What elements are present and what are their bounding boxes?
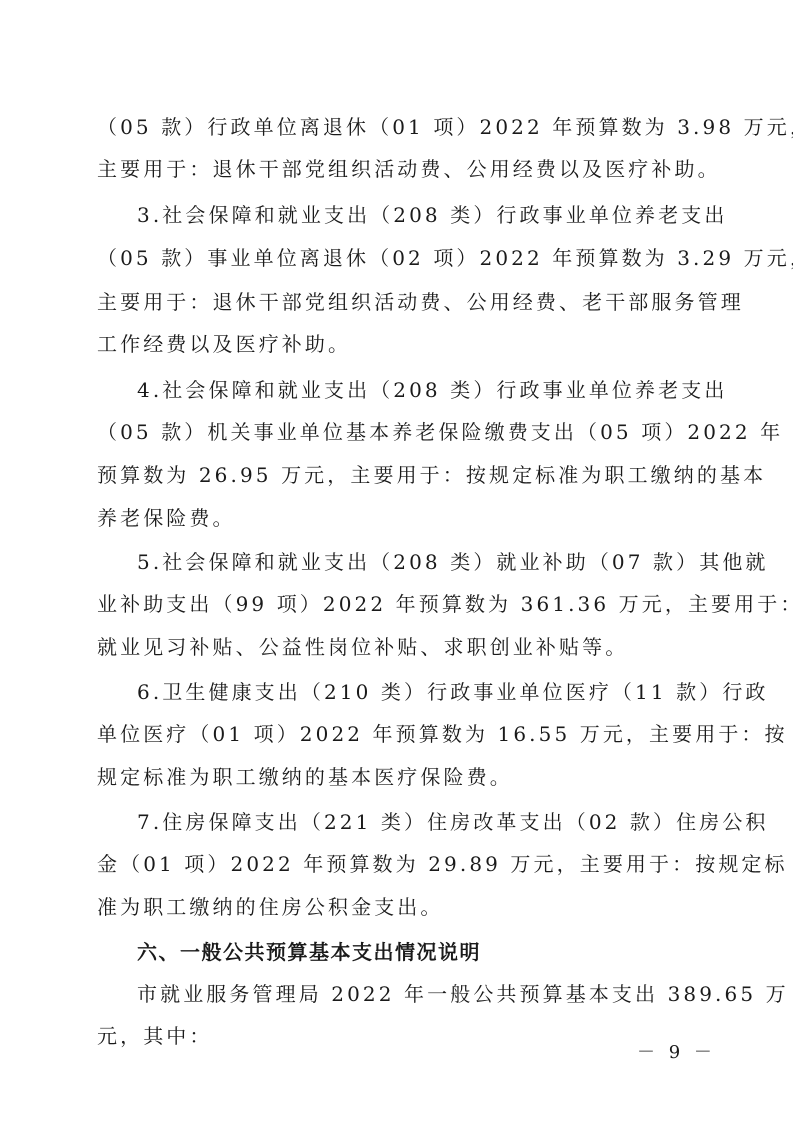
page-number: － 9 － <box>637 1038 716 1064</box>
text-line: 7.住房保障支出（221 类）住房改革支出（02 款）住房公积 <box>137 810 737 834</box>
text-line: 主要用于：退休干部党组织活动费、公用经费、老干部服务管理 <box>97 290 697 314</box>
section-heading: 六、一般公共预算基本支出情况说明 <box>137 940 737 964</box>
text-line: 主要用于：退休干部党组织活动费、公用经费以及医疗补助。 <box>97 157 697 181</box>
text-line: 金（01 项）2022 年预算数为 29.89 万元，主要用于：按规定标 <box>97 852 697 876</box>
text-line: 业补助支出（99 项）2022 年预算数为 361.36 万元，主要用于： <box>97 592 697 616</box>
text-line: （05 款）事业单位离退休（02 项）2022 年预算数为 3.29 万元， <box>97 246 697 270</box>
text-line: 准为职工缴纳的住房公积金支出。 <box>97 895 697 919</box>
text-line: （05 款）行政单位离退休（01 项）2022 年预算数为 3.98 万元， <box>97 115 697 139</box>
section-body-line-1: 市就业服务管理局 2022 年一般公共预算基本支出 389.65 万 <box>137 982 737 1006</box>
text-line: 工作经费以及医疗补助。 <box>97 332 697 356</box>
text-line: （05 款）机关事业单位基本养老保险缴费支出（05 项）2022 年 <box>97 420 697 444</box>
text-line: 5.社会保障和就业支出（208 类）就业补助（07 款）其他就 <box>137 550 737 574</box>
text-line: 单位医疗（01 项）2022 年预算数为 16.55 万元，主要用于：按 <box>97 722 697 746</box>
text-line: 就业见习补贴、公益性岗位补贴、求职创业补贴等。 <box>97 635 697 659</box>
text-line: 养老保险费。 <box>97 506 697 530</box>
text-line: 规定标准为职工缴纳的基本医疗保险费。 <box>97 765 697 789</box>
text-line: 6.卫生健康支出（210 类）行政事业单位医疗（11 款）行政 <box>137 680 737 704</box>
document-page: （05 款）行政单位离退休（01 项）2022 年预算数为 3.98 万元，主要… <box>0 0 793 1122</box>
text-line: 预算数为 26.95 万元，主要用于：按规定标准为职工缴纳的基本 <box>97 463 697 487</box>
section-body-line-2: 元，其中： <box>97 1024 697 1048</box>
text-line: 3.社会保障和就业支出（208 类）行政事业单位养老支出 <box>137 203 737 227</box>
text-line: 4.社会保障和就业支出（208 类）行政事业单位养老支出 <box>137 378 737 402</box>
